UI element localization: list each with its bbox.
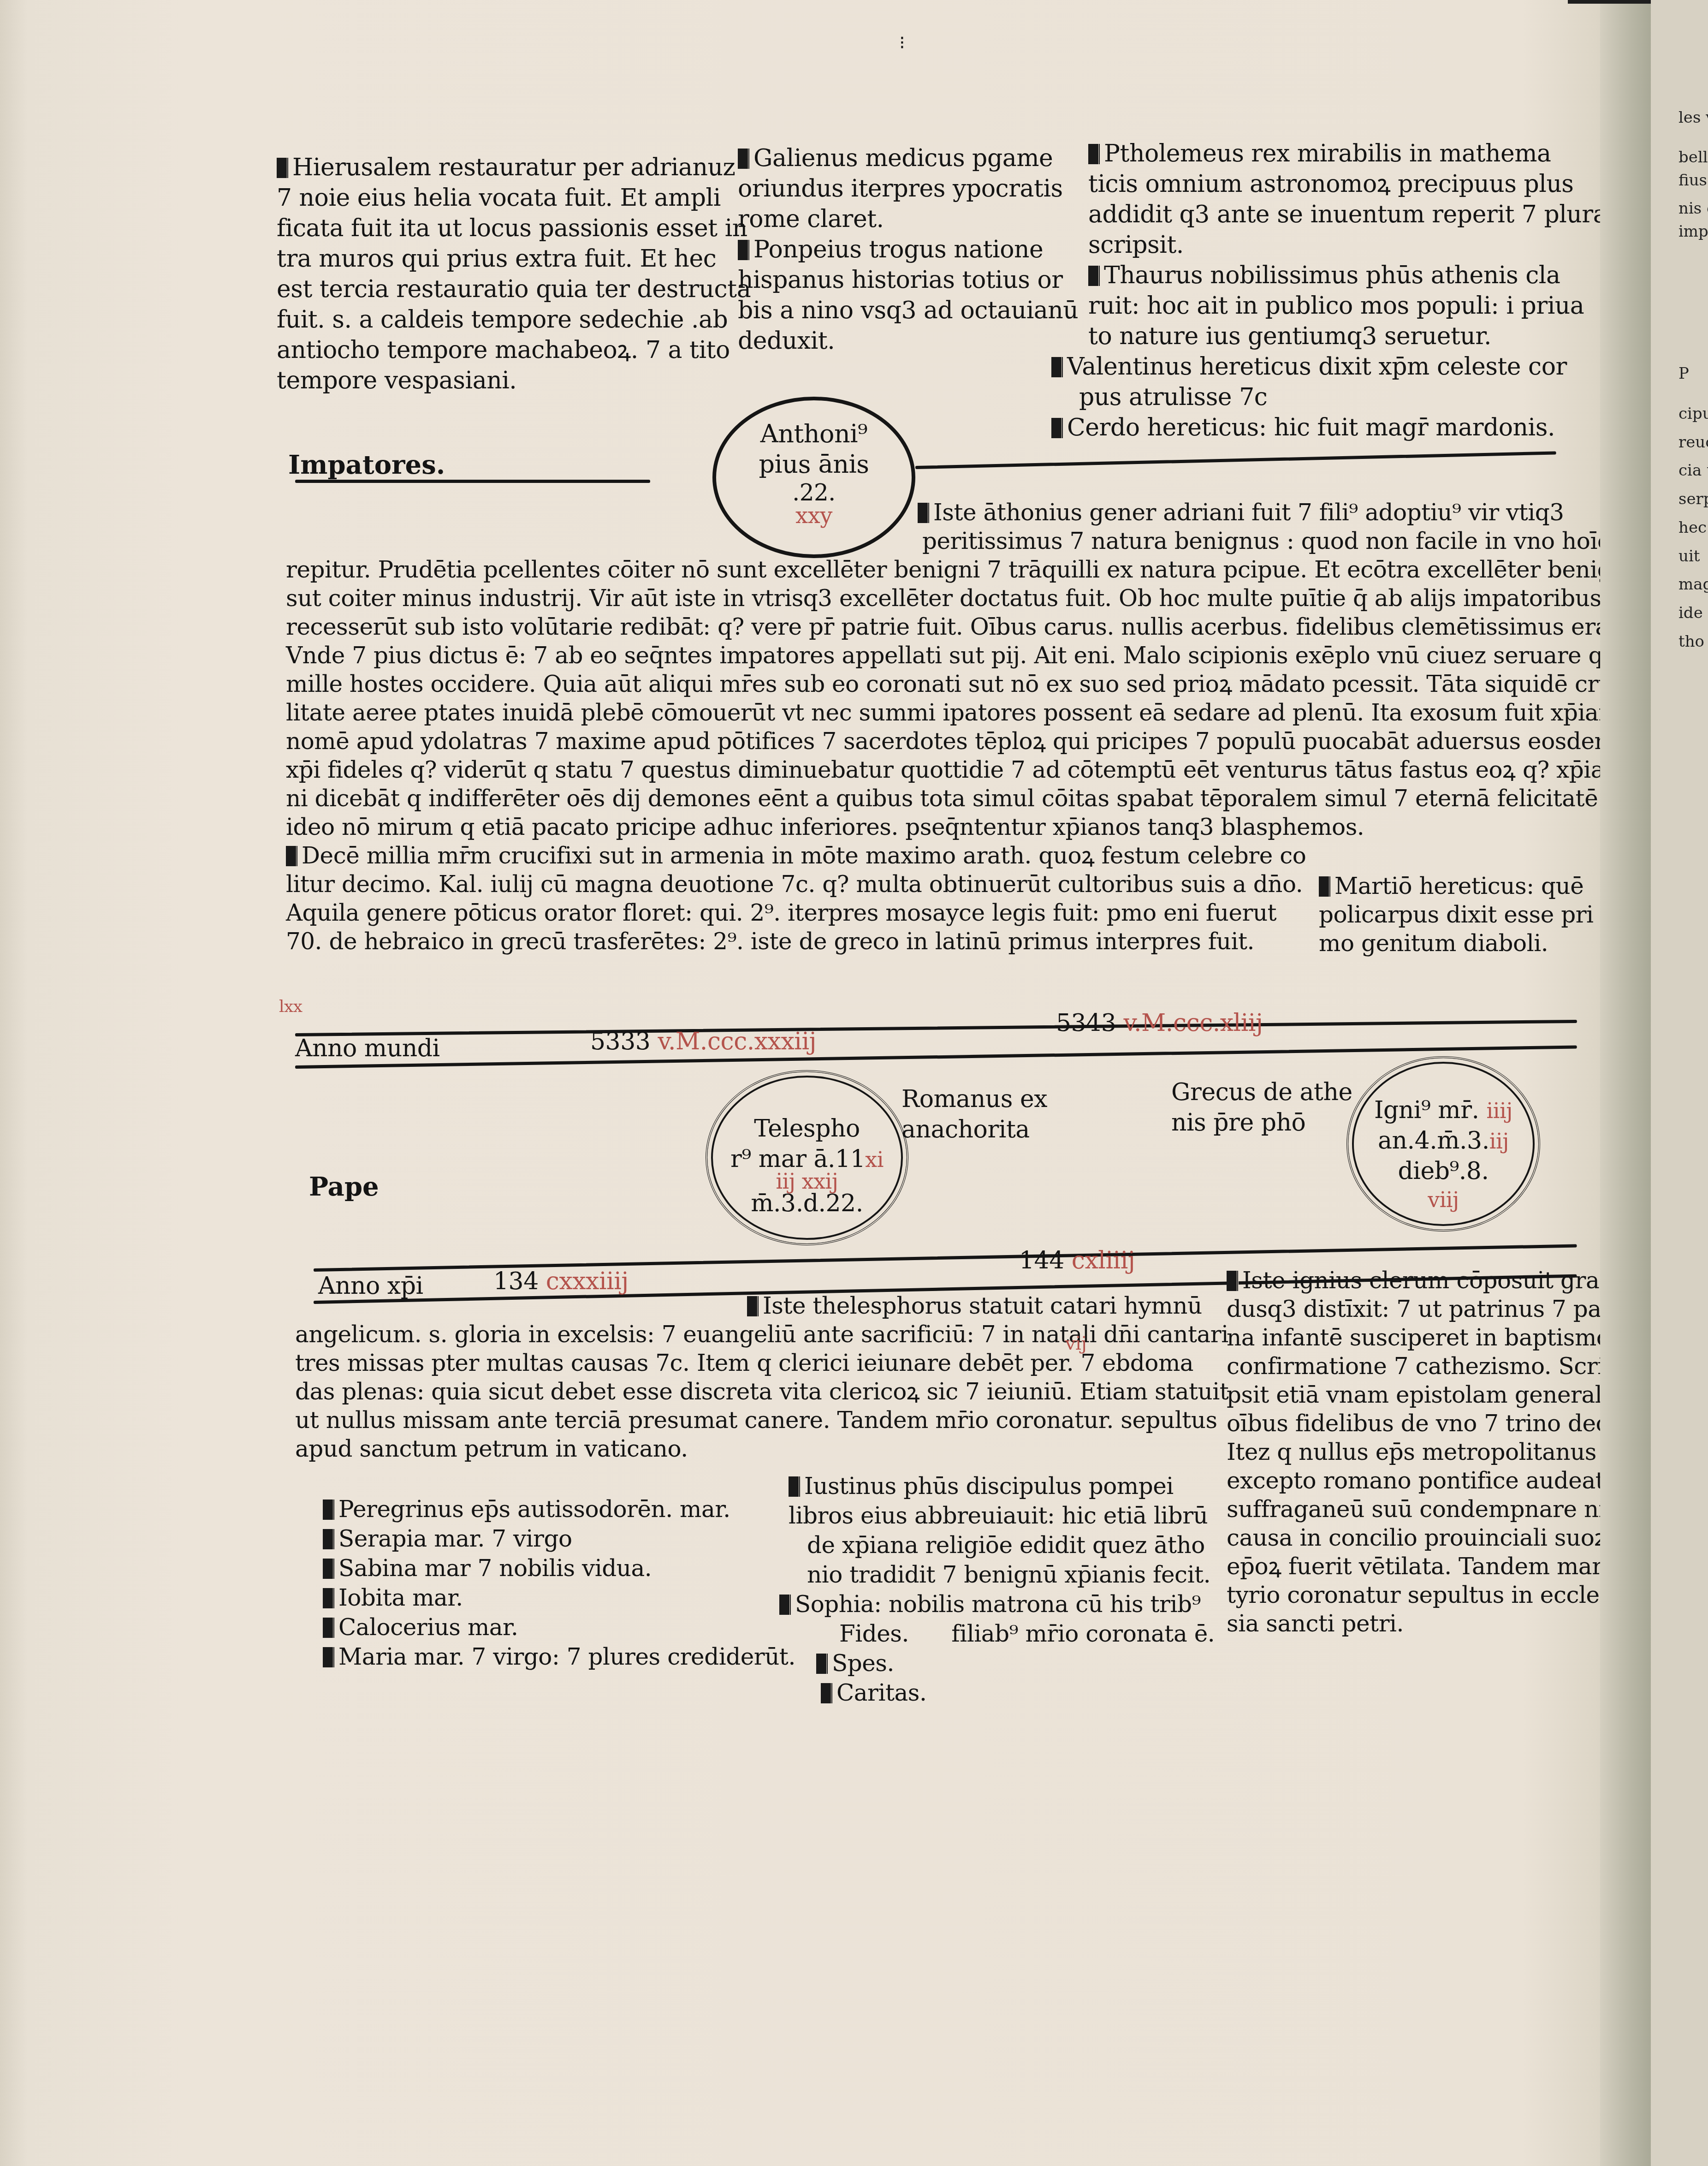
- pilcrow-icon: [323, 1559, 335, 1579]
- pilcrow-icon: [918, 503, 930, 523]
- list-item: Sabina mar 7 nobilis vidua.: [323, 1553, 795, 1583]
- pilcrow-icon: [323, 1588, 335, 1608]
- telesphorus-body-text: Iste thelesphorus statuit catari hymnū a…: [295, 1291, 1228, 1463]
- galienus-pompeius-column: Galienus medicus pgame oriundus iterpres…: [738, 143, 1078, 356]
- pilcrow-icon: [1051, 418, 1063, 438]
- anno-mundi-bottom-rule: [295, 1045, 1577, 1069]
- pilcrow-icon: [789, 1476, 801, 1497]
- adjacent-page-edge: les vt bella. fius g nis cl impt P cipu …: [1651, 0, 1708, 2166]
- pilcrow-icon: [323, 1500, 335, 1520]
- impatores-rule-right: [915, 451, 1556, 469]
- pilcrow-icon: [1088, 144, 1100, 164]
- anno-mundi-top-rule: [295, 1020, 1577, 1036]
- top-mark: ⁝: [899, 28, 905, 58]
- anno-xpi-year-2: 144 cxliiij: [1019, 1245, 1135, 1276]
- iginius-medallion: Igni⁹ mr̄. iiij an.4.m̄.3.iij dieb⁹.8. v…: [1346, 1056, 1540, 1232]
- anno-mundi-year-1: 5333 v.M.ccc.xxxiij: [590, 1026, 816, 1057]
- pilcrow-icon: [747, 1296, 759, 1316]
- pilcrow-icon: [323, 1647, 335, 1667]
- iginius-body-text: Iste ignius clerum cōposuit gra dusq3 di…: [1227, 1266, 1628, 1638]
- pilcrow-icon: [323, 1618, 335, 1638]
- line-4: est tercia restauratio quia ter destruct…: [277, 274, 751, 304]
- impatores-rule: [295, 480, 650, 483]
- pilcrow-icon: [277, 158, 289, 178]
- pilcrow-icon: [816, 1654, 828, 1674]
- telesphorus-medallion: Telespho r⁹ mar ā.11xi iij xxij m̄.3.d.2…: [706, 1070, 908, 1245]
- list-item: Calocerius mar.: [323, 1613, 795, 1642]
- telesphorus-rubric: vij: [1065, 1328, 1086, 1359]
- margin-rubric: lxx: [279, 992, 302, 1022]
- book-page: ⁝ Hierusalem restauratur per adrianuz 7 …: [0, 0, 1642, 2166]
- list-item: Peregrinus ep̄s autissodorēn. mar.: [323, 1494, 795, 1524]
- line-7: tempore vespasiani.: [277, 365, 751, 396]
- hierusalem-column: Hierusalem restauratur per adrianuz 7 no…: [277, 152, 751, 396]
- impatores-label: Impatores.: [288, 450, 445, 480]
- pilcrow-icon: [1227, 1271, 1239, 1291]
- list-item: Iobita mar.: [323, 1583, 795, 1613]
- pilcrow-icon: [779, 1595, 791, 1615]
- list-item: Serapia mar. 7 virgo: [323, 1524, 795, 1553]
- ptholemeus-column: Ptholemeus rex mirabilis in mathema tici…: [1088, 138, 1607, 443]
- martion-note: Martiō hereticus: quē policarpus dixit e…: [1319, 872, 1594, 958]
- pilcrow-icon: [738, 240, 750, 260]
- martyrs-list: Peregrinus ep̄s autissodorēn. mar. Serap…: [323, 1494, 795, 1672]
- line-5: fuit. s. a caldeis tempore sedechie .ab: [277, 304, 751, 335]
- iginius-note: Grecus de athe nis p̄re phō: [1171, 1077, 1352, 1138]
- justinus-sophia-text: Iustinus phūs discipulus pompei libros e…: [789, 1471, 1215, 1708]
- pilcrow-icon: [1051, 357, 1063, 377]
- list-item: Maria mar. 7 virgo: 7 plures crediderūt.: [323, 1642, 795, 1672]
- pilcrow-icon: [821, 1683, 833, 1703]
- line-1: 7 noie eius helia vocata fuit. Et ampli: [277, 183, 751, 213]
- line-6: antiocho tempore machabeoꝝ. 7 a tito: [277, 335, 751, 365]
- pilcrow-icon: [1319, 876, 1331, 897]
- pilcrow-icon: [738, 149, 750, 169]
- pilcrow-icon: [323, 1529, 335, 1549]
- line-3: tra muros qui prius extra fuit. Et hec: [277, 244, 751, 274]
- line-0: Hierusalem restauratur per adrianuz: [277, 152, 751, 183]
- book-gutter: [1600, 0, 1651, 2166]
- anno-mundi-year-2: 5343 v.M.ccc.xliij: [1056, 1008, 1263, 1038]
- telesphorus-note: Romanus ex anachorita: [901, 1084, 1047, 1145]
- pilcrow-icon: [286, 846, 298, 866]
- pilcrow-icon: [1088, 266, 1100, 286]
- line-2: ficata fuit ita ut locus passionis esset…: [277, 213, 751, 244]
- pape-label: Pape: [309, 1172, 379, 1202]
- anno-mundi-label: Anno mundi: [295, 1033, 440, 1064]
